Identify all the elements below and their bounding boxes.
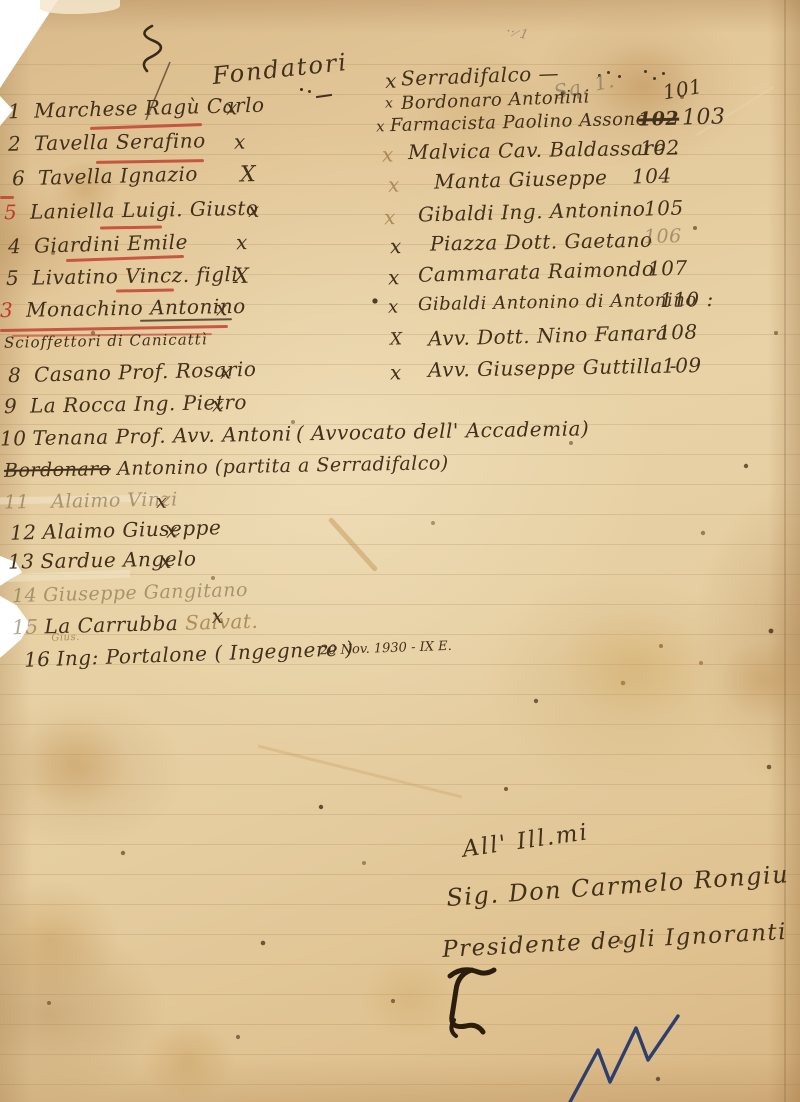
founder-row: x Serradifalco — Sq. 1.: [385, 61, 560, 91]
entry-name: Monachino Antonino: [26, 294, 246, 322]
entry-mark: x: [212, 392, 224, 416]
entry-number: 102: [640, 135, 680, 160]
founder-row: 13Sardue Angelo x: [8, 546, 197, 573]
entry-name: Cammarata Raimondo: [418, 257, 655, 287]
entry-mark: x: [390, 360, 402, 384]
founder-row: 14Giuseppe Gangitano: [12, 579, 248, 607]
document-page: Fondatori ·· ̷1 1Marchese Ragù Carlo x 2…: [0, 0, 800, 1102]
founder-row: 9La Rocca Ing. Pietro x: [4, 390, 247, 418]
entry-name: Serradifalco —: [401, 61, 560, 91]
entry-name: Gibaldi Ing. Antonino: [418, 197, 646, 227]
entry-mark: x: [234, 130, 246, 154]
title-text: Fondatori: [211, 48, 349, 90]
entry-mark: X: [390, 329, 403, 349]
entry-name: Tavella Ignazio: [38, 162, 198, 190]
entry-number: 11: [4, 491, 30, 513]
founder-row: 5Laniella Luigi. Giusto x: [4, 196, 259, 224]
entry-number: 106: [644, 225, 682, 248]
entry-name: Antonino (partita a Serradifalco): [117, 452, 449, 480]
entry-number: 13: [8, 549, 35, 573]
founder-row: 4Giardini Emile x: [8, 230, 188, 259]
founder-row: 8Casano Prof. Rosario x: [8, 357, 257, 387]
entry-name: Scioffettori di Canicattì: [4, 330, 208, 352]
founder-row: x Piazza Dott. Gaetano 106: [390, 228, 653, 257]
torn-corner: [0, 0, 58, 88]
entry-mark: x: [385, 69, 398, 93]
entry-number: 107: [648, 256, 688, 281]
entry-number: 16: [24, 647, 51, 672]
ornate-initial-L: [436, 962, 506, 1042]
founder-row: X Avv. Dott. Nino Fanara 108: [390, 320, 669, 351]
entry-mark: x: [376, 117, 385, 135]
entry-name: Tavella Serafino: [34, 128, 206, 155]
entry-number: 9: [4, 394, 24, 418]
entry-number: 110 :: [660, 287, 714, 312]
entry-mark: x: [220, 359, 232, 383]
entry-date: 20 Nov. 1930 - IX E.: [320, 639, 452, 659]
founder-row: x Manta Giuseppe 104: [388, 165, 608, 195]
entry-mark: x: [388, 265, 400, 289]
entry-name: Piazza Dott. Gaetano: [430, 228, 653, 256]
founder-row: 6Tavella Ignazio X: [12, 162, 198, 191]
entry-name: Avv. Dott. Nino Fanara: [428, 320, 669, 350]
entry-number: 104: [632, 163, 672, 188]
entry-name: Tenana Prof. Avv. Antoni: [32, 421, 292, 450]
entry-number: 14: [12, 584, 38, 607]
founder-row: 1Marchese Ragù Carlo x: [8, 93, 265, 124]
entry-number: 103: [682, 104, 726, 130]
entry-mark: x: [212, 604, 224, 628]
entry-mark: x: [160, 549, 172, 573]
page-title: Fondatori: [211, 48, 349, 90]
entry-name: Ing: Portalone ( Ingegnere ): [56, 636, 354, 670]
entry-mark: X: [234, 264, 250, 288]
ink-dots: [300, 88, 303, 91]
entry-mark: x: [236, 230, 248, 254]
founder-row: 3Monachino Antonino x: [0, 294, 246, 322]
entry-mark: x: [216, 296, 228, 320]
entry-number: 10: [0, 426, 27, 450]
entry-mark: x: [382, 142, 394, 166]
founder-row: x Cammarata Raimondo 107: [388, 257, 655, 288]
entry-number: 1: [8, 99, 29, 124]
founder-row: x Gibaldi Antonino di Antonino 110 :: [388, 289, 697, 315]
entry-name: Alaimo Giuseppe: [42, 515, 221, 544]
founder-row: x Avv. Giuseppe Guttilla - 109: [390, 353, 677, 382]
entry-number: 101: [661, 74, 704, 105]
address-line: All' Ill.mi: [461, 819, 591, 862]
entry-number: 109: [662, 353, 702, 378]
entry-number: 5: [4, 200, 24, 224]
entry-name: Laniella Luigi. Giusto: [30, 196, 259, 224]
entry-mark: X: [240, 162, 257, 187]
entry-number: 4: [8, 234, 29, 259]
founder-row: Bordonaro Antonino (partita a Serradifal…: [4, 452, 449, 482]
founder-row: x Gibaldi Ing. Antonino 105: [384, 197, 646, 228]
entry-number: 12: [10, 520, 37, 545]
entry-number: 6: [12, 166, 33, 191]
small-top-mark: ·· ̷1: [505, 24, 530, 43]
address-line: Sig. Don Carmelo Rongiu: [445, 860, 789, 912]
entry-number: 8: [8, 363, 29, 388]
entry-mark: x: [384, 205, 396, 229]
blue-zigzag-mark: [560, 1008, 700, 1102]
entry-number: 108: [658, 320, 698, 345]
entry-name: Giardini Emile: [34, 230, 188, 258]
entry-name-struck: Bordonaro: [4, 458, 111, 482]
founder-row: 15La Carrubba Salvat. x: [12, 609, 259, 639]
entry-mark: x: [166, 518, 178, 542]
founder-row: 5Livatino Vincz. figli X: [6, 262, 239, 290]
entry-number: 5: [6, 266, 26, 290]
entry-note: ( Avvocato dell' Accademia): [296, 416, 590, 445]
founder-row: 2Tavella Serafino x: [8, 128, 206, 155]
entry-number: 15: [12, 615, 39, 640]
founder-row: 10Tenana Prof. Avv. Antoni ( Avvocato de…: [0, 421, 292, 450]
entry-number-struck: 102: [638, 108, 680, 131]
entry-name: Sardue Angelo: [40, 546, 196, 573]
entry-number: 105: [644, 196, 684, 221]
address-line: Presidente degli Ignoranti: [442, 919, 788, 963]
entry-name: Manta Giuseppe: [434, 165, 608, 194]
founder-row: 16Ing: Portalone ( Ingegnere ) Gius. 20 …: [24, 636, 354, 671]
entry-mark: x: [385, 95, 394, 111]
founder-row: x Malvica Cav. Baldassare . 102: [382, 135, 680, 164]
entry-name: Livatino Vincz. figli: [32, 262, 239, 290]
entry-sub-note: Gius.: [51, 632, 80, 644]
entry-name: Gibaldi Antonino di Antonino: [418, 289, 697, 315]
entry-mark: x: [248, 198, 260, 222]
founder-row: Scioffettori di Canicattì: [4, 330, 208, 352]
entry-mark: x: [156, 491, 168, 513]
founder-row: 11Alaimo Vinzi x: [4, 488, 178, 513]
entry-mark: x: [226, 95, 238, 119]
entry-mark: x: [388, 173, 400, 197]
entry-name: Avv. Giuseppe Guttilla -: [428, 353, 677, 381]
founder-row: 12Alaimo Giuseppe x: [10, 515, 222, 545]
entry-number: 3: [0, 298, 20, 322]
entry-name: Giuseppe Gangitano: [43, 579, 248, 606]
entry-number: 2: [8, 131, 28, 155]
entry-mark: x: [388, 297, 399, 318]
entry-mark: x: [390, 234, 402, 258]
